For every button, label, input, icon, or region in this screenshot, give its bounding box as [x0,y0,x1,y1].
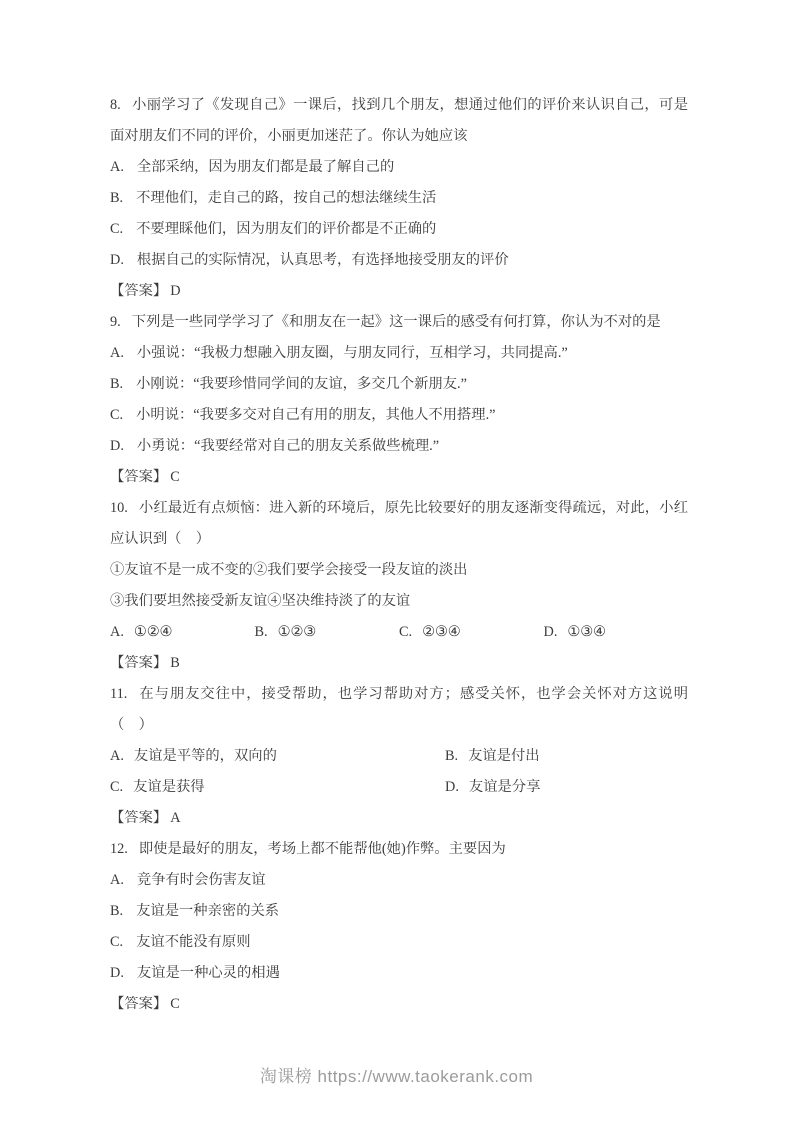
option-d: D.友谊是一种心灵的相遇 [110,958,688,989]
option-text: 竞争有时会伤害友谊 [137,872,266,888]
answer-line: 【答案】C [110,989,688,1020]
question-block-11: 11.在与朋友交往中，接受帮助，也学习帮助对方；感受关怀，也学会关怀对方这说明（… [110,679,688,834]
option-label: D. [544,624,558,640]
answer-line: 【答案】D [110,276,688,307]
question-number: 9. [110,314,121,330]
option-label: B. [255,624,268,640]
option-label: B. [110,903,123,919]
question-block-10: 10.小红最近有点烦恼：进入新的环境后，原先比较要好的朋友逐渐变得疏远，对此，小… [110,493,688,679]
option-label: D. [110,438,124,454]
option-label: B. [110,190,123,206]
watermark-text: 淘课榜 https://www.taokerank.com [260,1067,533,1086]
option-text: 友谊不能没有原则 [136,934,250,950]
option-label: D. [110,252,124,268]
question-number: 12. [110,841,128,857]
option-label: C. [110,934,123,950]
question-number: 8. [110,97,121,113]
question-stem: 11.在与朋友交往中，接受帮助，也学习帮助对方；感受关怀，也学会关怀对方这说明（… [110,679,688,741]
answer-value: D [170,283,180,299]
question-stem: 8.小丽学习了《发现自己》一课后，找到几个朋友，想通过他们的评价来认识自己，可是… [110,90,688,152]
option-b: B.友谊是付出 [445,741,688,772]
answer-label: 【答案】 [110,655,167,671]
option-d: D.①③④ [544,617,689,648]
option-text: ②③④ [422,624,460,640]
option-label: D. [445,779,459,795]
document-page: 8.小丽学习了《发现自己》一课后，找到几个朋友，想通过他们的评价来认识自己，可是… [0,0,793,1122]
answer-line: 【答案】C [110,462,688,493]
option-c: C.不要理睬他们，因为朋友们的评价都是不正确的 [110,214,688,245]
option-label: A. [110,872,124,888]
answer-label: 【答案】 [110,283,167,299]
option-a: A.①②④ [110,617,255,648]
option-label: A. [110,159,124,175]
question-text: 下列是一些同学学习了《和朋友在一起》这一课后的感受有何打算，你认为不对的是 [132,314,661,330]
question-text: 小红最近有点烦恼：进入新的环境后，原先比较要好的朋友逐渐变得疏远，对此，小红应认… [110,500,688,547]
option-text: ①②④ [134,624,172,640]
question-block-12: 12.即使是最好的朋友，考场上都不能帮他(她)作弊。主要因为 A.竞争有时会伤害… [110,834,688,1020]
option-label: A. [110,748,124,764]
question-stem: 10.小红最近有点烦恼：进入新的环境后，原先比较要好的朋友逐渐变得疏远，对此，小… [110,493,688,555]
question-text: 即使是最好的朋友，考场上都不能帮他(她)作弊。主要因为 [139,841,506,857]
option-text: 小勇说：“我要经常对自己的朋友关系做些梳理.” [137,438,439,454]
question-stem: 9.下列是一些同学学习了《和朋友在一起》这一课后的感受有何打算，你认为不对的是 [110,307,688,338]
option-label: C. [110,221,123,237]
option-text: 友谊是分享 [469,779,540,795]
answer-label: 【答案】 [110,996,167,1012]
option-text: 不要理睬他们，因为朋友们的评价都是不正确的 [136,221,436,237]
option-b: B.小刚说：“我要珍惜同学间的友谊，多交几个新朋友.” [110,369,688,400]
option-text: ①③④ [567,624,605,640]
option-c: C.友谊是获得 [110,772,445,803]
question-number: 11. [110,686,127,702]
question-stem: 12.即使是最好的朋友，考场上都不能帮他(她)作弊。主要因为 [110,834,688,865]
option-text: 小强说：“我极力想融入朋友圈，与朋友同行，互相学习，共同提高.” [137,345,568,361]
question-number: 10. [110,500,128,516]
question-block-8: 8.小丽学习了《发现自己》一课后，找到几个朋友，想通过他们的评价来认识自己，可是… [110,90,688,307]
option-a: A.小强说：“我极力想融入朋友圈，与朋友同行，互相学习，共同提高.” [110,338,688,369]
answer-line: 【答案】A [110,803,688,834]
option-row: A.友谊是平等的，双向的 B.友谊是付出 C.友谊是获得 D.友谊是分享 [110,741,688,803]
question-text: 在与朋友交往中，接受帮助，也学习帮助对方；感受关怀，也学会关怀对方这说明（ ） [110,686,688,733]
option-text: 友谊是一种心灵的相遇 [137,965,280,981]
exam-content: 8.小丽学习了《发现自己》一课后，找到几个朋友，想通过他们的评价来认识自己，可是… [110,90,688,1020]
option-text: 小明说：“我要多交对自己有用的朋友，其他人不用搭理.” [136,407,495,423]
option-text: 友谊是一种亲密的关系 [136,903,279,919]
option-label: D. [110,965,124,981]
answer-line: 【答案】B [110,648,688,679]
option-label: B. [445,748,458,764]
option-c: C.②③④ [399,617,544,648]
option-a: A.友谊是平等的，双向的 [110,741,445,772]
option-text: 不理他们，走自己的路，按自己的想法继续生活 [136,190,436,206]
question-block-9: 9.下列是一些同学学习了《和朋友在一起》这一课后的感受有何打算，你认为不对的是 … [110,307,688,493]
option-text: 全部采纳，因为朋友们都是最了解自己的 [137,159,394,175]
option-row: A.①②④ B.①②③ C.②③④ D.①③④ [110,617,688,648]
option-label: C. [399,624,412,640]
option-c: C.小明说：“我要多交对自己有用的朋友，其他人不用搭理.” [110,400,688,431]
answer-label: 【答案】 [110,810,167,826]
option-text: ①②③ [278,624,316,640]
option-label: A. [110,345,124,361]
statement-line-1: ①友谊不是一成不变的②我们要学会接受一段友谊的淡出 [110,555,688,586]
option-text: 小刚说：“我要珍惜同学间的友谊，多交几个新朋友.” [136,376,467,392]
option-a: A.全部采纳，因为朋友们都是最了解自己的 [110,152,688,183]
answer-label: 【答案】 [110,469,167,485]
answer-value: A [170,810,180,826]
option-text: 友谊是平等的，双向的 [134,748,277,764]
option-text: 根据自己的实际情况，认真思考，有选择地接受朋友的评价 [137,252,509,268]
option-label: A. [110,624,124,640]
statement-line-2: ③我们要坦然接受新友谊④坚决维持淡了的友谊 [110,586,688,617]
option-text: 友谊是付出 [468,748,539,764]
option-d: D.根据自己的实际情况，认真思考，有选择地接受朋友的评价 [110,245,688,276]
option-label: B. [110,376,123,392]
option-label: C. [110,407,123,423]
option-b: B.友谊是一种亲密的关系 [110,896,688,927]
option-d: D.小勇说：“我要经常对自己的朋友关系做些梳理.” [110,431,688,462]
question-text: 小丽学习了《发现自己》一课后，找到几个朋友，想通过他们的评价来认识自己，可是面对… [110,97,688,144]
option-text: 友谊是获得 [133,779,204,795]
option-d: D.友谊是分享 [445,772,688,803]
option-b: B.不理他们，走自己的路，按自己的想法继续生活 [110,183,688,214]
answer-value: C [170,469,180,485]
option-c: C.友谊不能没有原则 [110,927,688,958]
answer-value: B [170,655,180,671]
watermark: 淘课榜 https://www.taokerank.com [0,1062,793,1087]
option-b: B.①②③ [255,617,400,648]
answer-value: C [170,996,180,1012]
option-a: A.竞争有时会伤害友谊 [110,865,688,896]
option-label: C. [110,779,123,795]
